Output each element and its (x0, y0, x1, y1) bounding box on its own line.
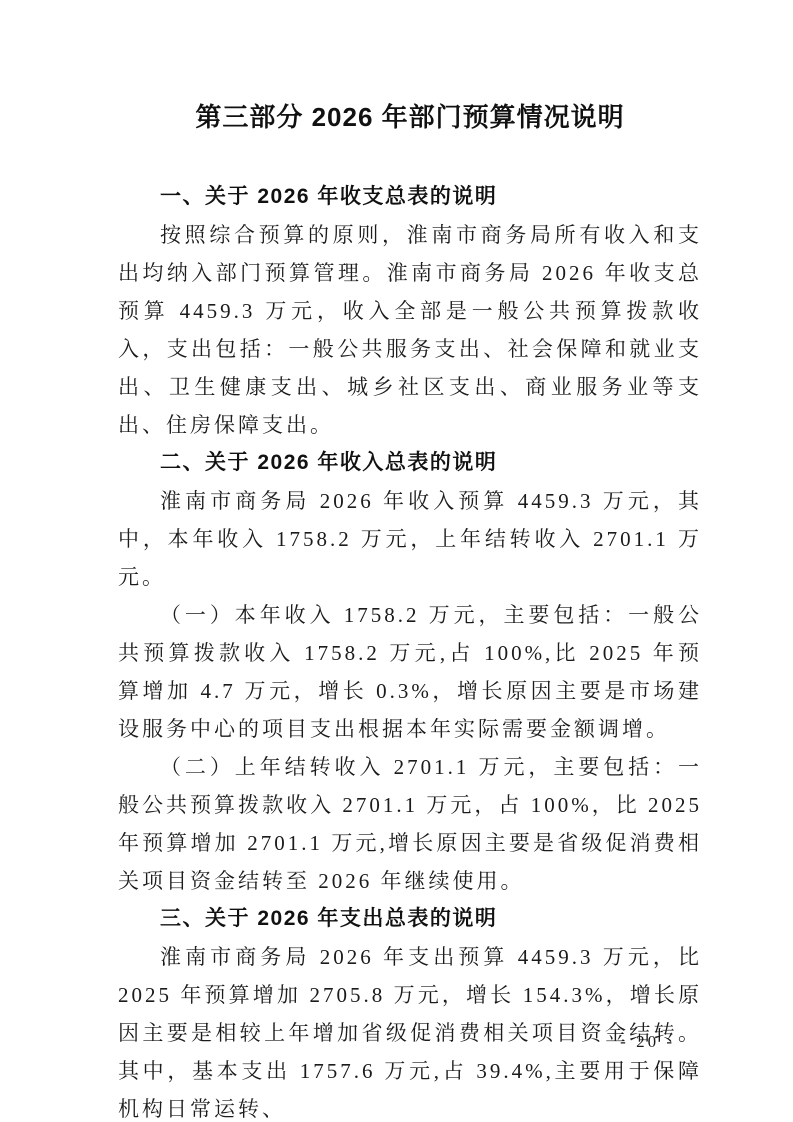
section-expenditure-overview: 三、关于 2026 年支出总表的说明 淮南市商务局 2026 年支出预算 445… (118, 900, 702, 1122)
paragraph: （二）上年结转收入 2701.1 万元，主要包括：一般公共预算拨款收入 2701… (118, 748, 702, 900)
document-page: 第三部分 2026 年部门预算情况说明 一、关于 2026 年收支总表的说明 按… (0, 0, 793, 1122)
paragraph: （一）本年收入 1758.2 万元，主要包括：一般公共预算拨款收入 1758.2… (118, 596, 702, 748)
section-heading-2: 二、关于 2026 年收入总表的说明 (118, 444, 702, 482)
section-income-overview: 二、关于 2026 年收入总表的说明 淮南市商务局 2026 年收入预算 445… (118, 444, 702, 900)
section-income-expenditure-overview: 一、关于 2026 年收支总表的说明 按照综合预算的原则，淮南市商务局所有收入和… (118, 178, 702, 444)
page-title: 第三部分 2026 年部门预算情况说明 (118, 100, 702, 134)
paragraph: 淮南市商务局 2026 年支出预算 4459.3 万元，比 2025 年预算增加… (118, 938, 702, 1122)
paragraph: 按照综合预算的原则，淮南市商务局所有收入和支出均纳入部门预算管理。淮南市商务局 … (118, 216, 702, 444)
section-heading-1: 一、关于 2026 年收支总表的说明 (118, 178, 702, 216)
page-number: - 20 - (620, 1032, 675, 1052)
paragraph: 淮南市商务局 2026 年收入预算 4459.3 万元，其中，本年收入 1758… (118, 482, 702, 596)
page-content: 第三部分 2026 年部门预算情况说明 一、关于 2026 年收支总表的说明 按… (118, 100, 702, 1122)
section-heading-3: 三、关于 2026 年支出总表的说明 (118, 900, 702, 938)
